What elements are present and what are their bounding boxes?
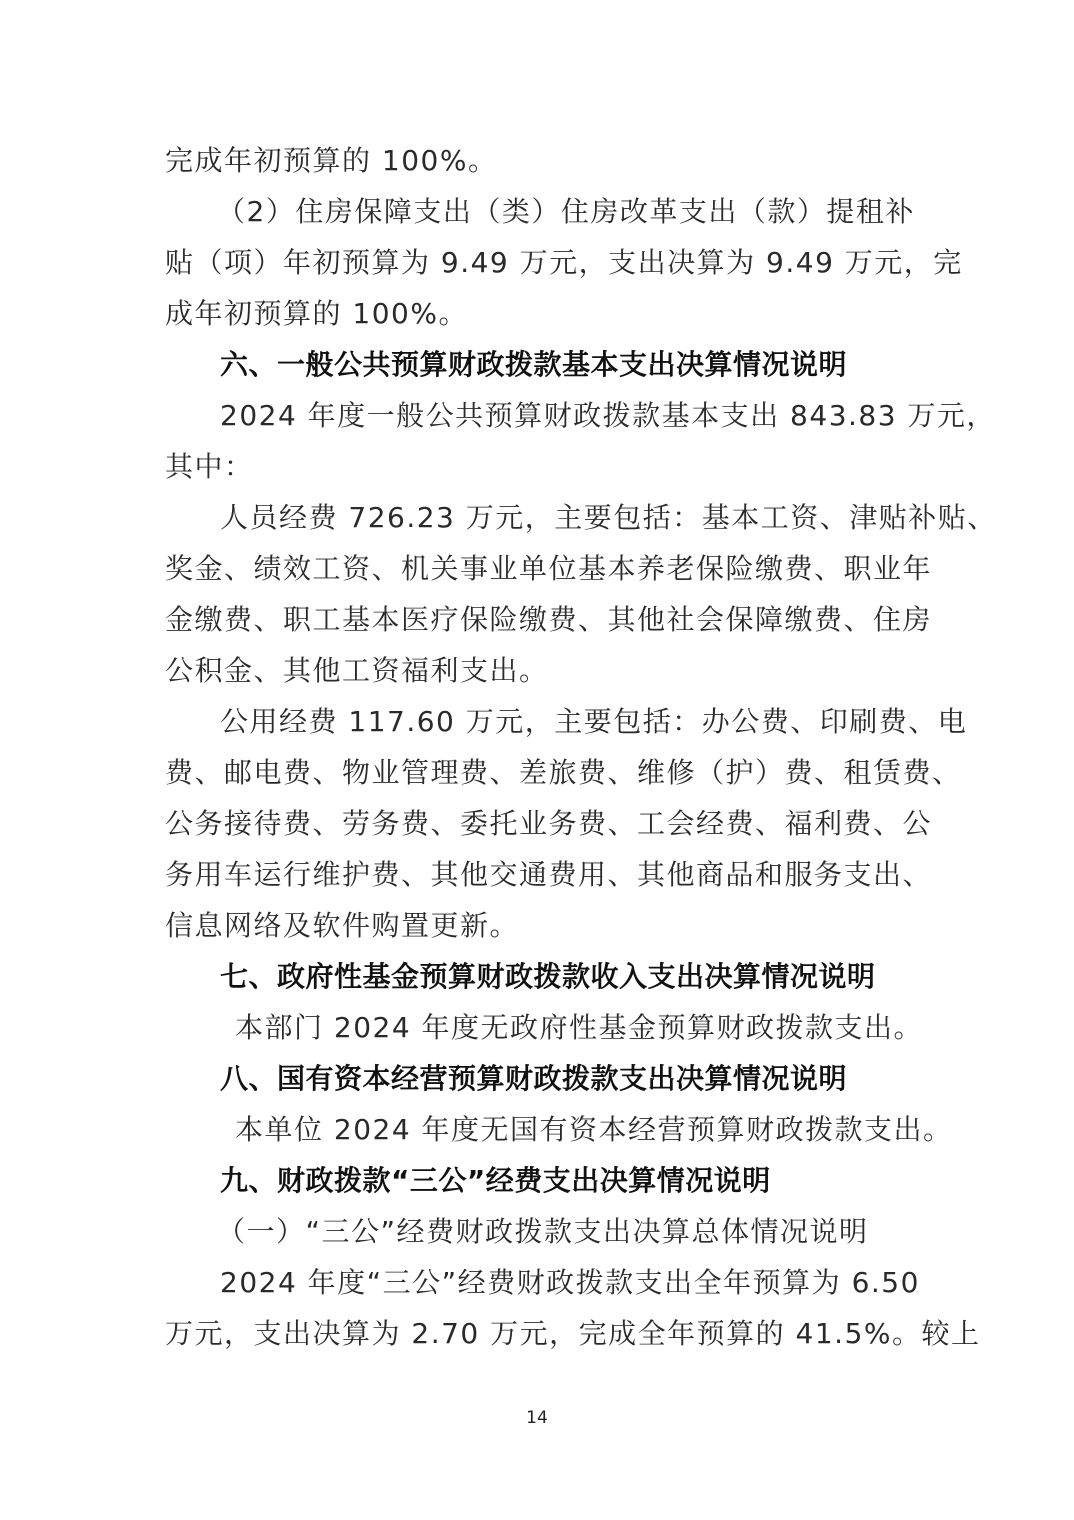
section-heading: 八、国有资本经营预算财政拨款支出决算情况说明 xyxy=(220,1061,910,1097)
paragraph-line: 公积金、其他工资福利支出。 xyxy=(165,653,910,689)
paragraph-line: 完成年初预算的 100%。 xyxy=(165,143,910,179)
paragraph-line: 费、邮电费、物业管理费、差旅费、维修（护）费、租赁费、 xyxy=(165,755,910,791)
paragraph-line: 公用经费 117.60 万元，主要包括：办公费、印刷费、电 xyxy=(220,704,910,740)
paragraph-line: 公务接待费、劳务费、委托业务费、工会经费、福利费、公 xyxy=(165,806,910,842)
section-heading: 七、政府性基金预算财政拨款收入支出决算情况说明 xyxy=(220,959,910,995)
paragraph-line: 本单位 2024 年度无国有资本经营预算财政拨款支出。 xyxy=(235,1112,910,1148)
paragraph-line: 成年初预算的 100%。 xyxy=(165,296,910,332)
paragraph-line: 其中： xyxy=(165,449,910,485)
paragraph-line: （一）“三公”经费财政拨款支出决算总体情况说明 xyxy=(217,1214,910,1250)
paragraph-line: 奖金、绩效工资、机关事业单位基本养老保险缴费、职业年 xyxy=(165,551,910,587)
paragraph-line: 金缴费、职工基本医疗保险缴费、其他社会保障缴费、住房 xyxy=(165,602,910,638)
paragraph-line: 贴（项）年初预算为 9.49 万元，支出决算为 9.49 万元，完 xyxy=(165,245,910,281)
section-heading: 九、财政拨款“三公”经费支出决算情况说明 xyxy=(220,1163,910,1199)
paragraph-line: 信息网络及软件购置更新。 xyxy=(165,908,910,944)
paragraph-line: 万元，支出决算为 2.70 万元，完成全年预算的 41.5%。较上 xyxy=(165,1316,910,1352)
page-number: 14 xyxy=(0,1408,1074,1428)
paragraph-line: 务用车运行维护费、其他交通费用、其他商品和服务支出、 xyxy=(165,857,910,893)
paragraph-line: 人员经费 726.23 万元，主要包括：基本工资、津贴补贴、 xyxy=(220,500,910,536)
paragraph-line: （2）住房保障支出（类）住房改革支出（款）提租补 xyxy=(217,194,910,230)
document-page: 完成年初预算的 100%。（2）住房保障支出（类）住房改革支出（款）提租补贴（项… xyxy=(0,0,1074,1520)
paragraph-line: 本部门 2024 年度无政府性基金预算财政拨款支出。 xyxy=(235,1010,910,1046)
section-heading: 六、一般公共预算财政拨款基本支出决算情况说明 xyxy=(220,347,910,383)
paragraph-line: 2024 年度“三公”经费财政拨款支出全年预算为 6.50 xyxy=(220,1265,910,1301)
paragraph-line: 2024 年度一般公共预算财政拨款基本支出 843.83 万元， xyxy=(220,398,910,434)
